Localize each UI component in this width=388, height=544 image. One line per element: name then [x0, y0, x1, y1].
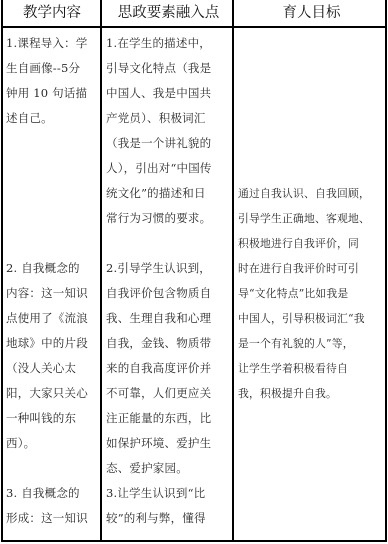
cell-text-line: 如保护环境、爱护生 — [106, 431, 230, 456]
cell-text-line: 较”的利与弊，懂得 — [106, 506, 230, 531]
cell-text-line: 不可靠，人们更应关 — [106, 381, 230, 406]
cell-text-line: 地球》中的片段 — [6, 331, 98, 356]
cell-text-line: 统文化”的描述和日 — [106, 181, 230, 206]
lesson-plan-table: 教学内容 思政要素融入点 育人目标 1.课程导入：学生自画像--5分钟用 10 … — [1, 0, 387, 542]
cell-text-line — [6, 131, 98, 156]
cell-text-line: 是一个有礼貌的人”等， — [238, 331, 384, 356]
cell-text-line: （没人关心太 — [6, 356, 98, 381]
cell-text-line: 引导文化特点（我是 — [106, 56, 230, 81]
table-header-row: 教学内容 思政要素融入点 育人目标 — [3, 0, 385, 28]
cell-text-line: 引导学生正确地、客观地、 — [238, 206, 384, 231]
cell-text-line: 1.在学生的描述中， — [106, 31, 230, 56]
cell-text-line: 让学生学着积极看待自 — [238, 356, 384, 381]
cell-text-line: 内容：这一知识 — [6, 281, 98, 306]
cell-text-line — [6, 231, 98, 256]
column-education-goals: 通过自我认识、自我回顾，引导学生正确地、客观地、积极地进行自我评价，同时在进行自… — [238, 31, 384, 406]
cell-text-line — [238, 56, 384, 81]
cell-text-line — [238, 156, 384, 181]
cell-text-line: 自我评价包含物质自 — [106, 281, 230, 306]
cell-text-line: 钟用 10 句话描 — [6, 81, 98, 106]
cell-text-line: 形成：这一知识 — [6, 506, 98, 531]
column-ideological-points: 1.在学生的描述中，引导文化特点（我是中国人、我是中国共产党员）、积极词汇（我是… — [106, 31, 230, 531]
cell-text-line: 3. 自我概念的 — [6, 481, 98, 506]
cell-text-line: 通过自我认识、自我回顾， — [238, 181, 384, 206]
cell-text-line: 西）。 — [6, 431, 98, 456]
cell-text-line: 我、生理自我和心理 — [106, 306, 230, 331]
column-divider-1 — [100, 0, 102, 540]
cell-text-line: 我，积极提升自我。 — [238, 381, 384, 406]
cell-text-line — [238, 31, 384, 56]
cell-text-line: 3.让学生认识到“比 — [106, 481, 230, 506]
cell-text-line — [6, 206, 98, 231]
cell-text-line: 1.课程导入：学 — [6, 31, 98, 56]
cell-text-line: 态、爱护家园。 — [106, 456, 230, 481]
header-teaching-content: 教学内容 — [3, 0, 101, 27]
cell-text-line: 生自画像--5分 — [6, 56, 98, 81]
cell-text-line: 2.引导学生认识到， — [106, 256, 230, 281]
cell-text-line: 点使用了《流浪 — [6, 306, 98, 331]
cell-text-line: 产党员）、积极词汇 — [106, 106, 230, 131]
column-teaching-content: 1.课程导入：学生自画像--5分钟用 10 句话描述自己。2. 自我概念的内容：… — [6, 31, 98, 531]
cell-text-line — [238, 106, 384, 131]
cell-text-line: 述自己。 — [6, 106, 98, 131]
header-education-goals: 育人目标 — [236, 0, 387, 27]
column-divider-2 — [232, 0, 234, 540]
cell-text-line: 常行为习惯的要求。 — [106, 206, 230, 231]
cell-text-line: 阳，大家只关心 — [6, 381, 98, 406]
cell-text-line: 时在进行自我评价时可引 — [238, 256, 384, 281]
cell-text-line: 自我，金钱、物质带 — [106, 331, 230, 356]
cell-text-line: 2. 自我概念的 — [6, 256, 98, 281]
cell-text-line: （我是一个讲礼貌的 — [106, 131, 230, 156]
cell-text-line — [6, 156, 98, 181]
cell-text-line — [238, 131, 384, 156]
cell-text-line: 注正能量的东西，比 — [106, 406, 230, 431]
cell-text-line: 中国人，引导积极词汇“我 — [238, 306, 384, 331]
cell-text-line: 导“文化特点”比如我是 — [238, 281, 384, 306]
header-ideological-points: 思政要素融入点 — [103, 0, 234, 27]
cell-text-line — [238, 81, 384, 106]
cell-text-line — [106, 231, 230, 256]
cell-text-line — [6, 181, 98, 206]
cell-text-line — [6, 456, 98, 481]
cell-text-line: 中国人、我是中国共 — [106, 81, 230, 106]
cell-text-line: 积极地进行自我评价，同 — [238, 231, 384, 256]
cell-text-line: 人），引出对“中国传 — [106, 156, 230, 181]
cell-text-line: 来的自我高度评价并 — [106, 356, 230, 381]
cell-text-line: 一种叫钱的东 — [6, 406, 98, 431]
